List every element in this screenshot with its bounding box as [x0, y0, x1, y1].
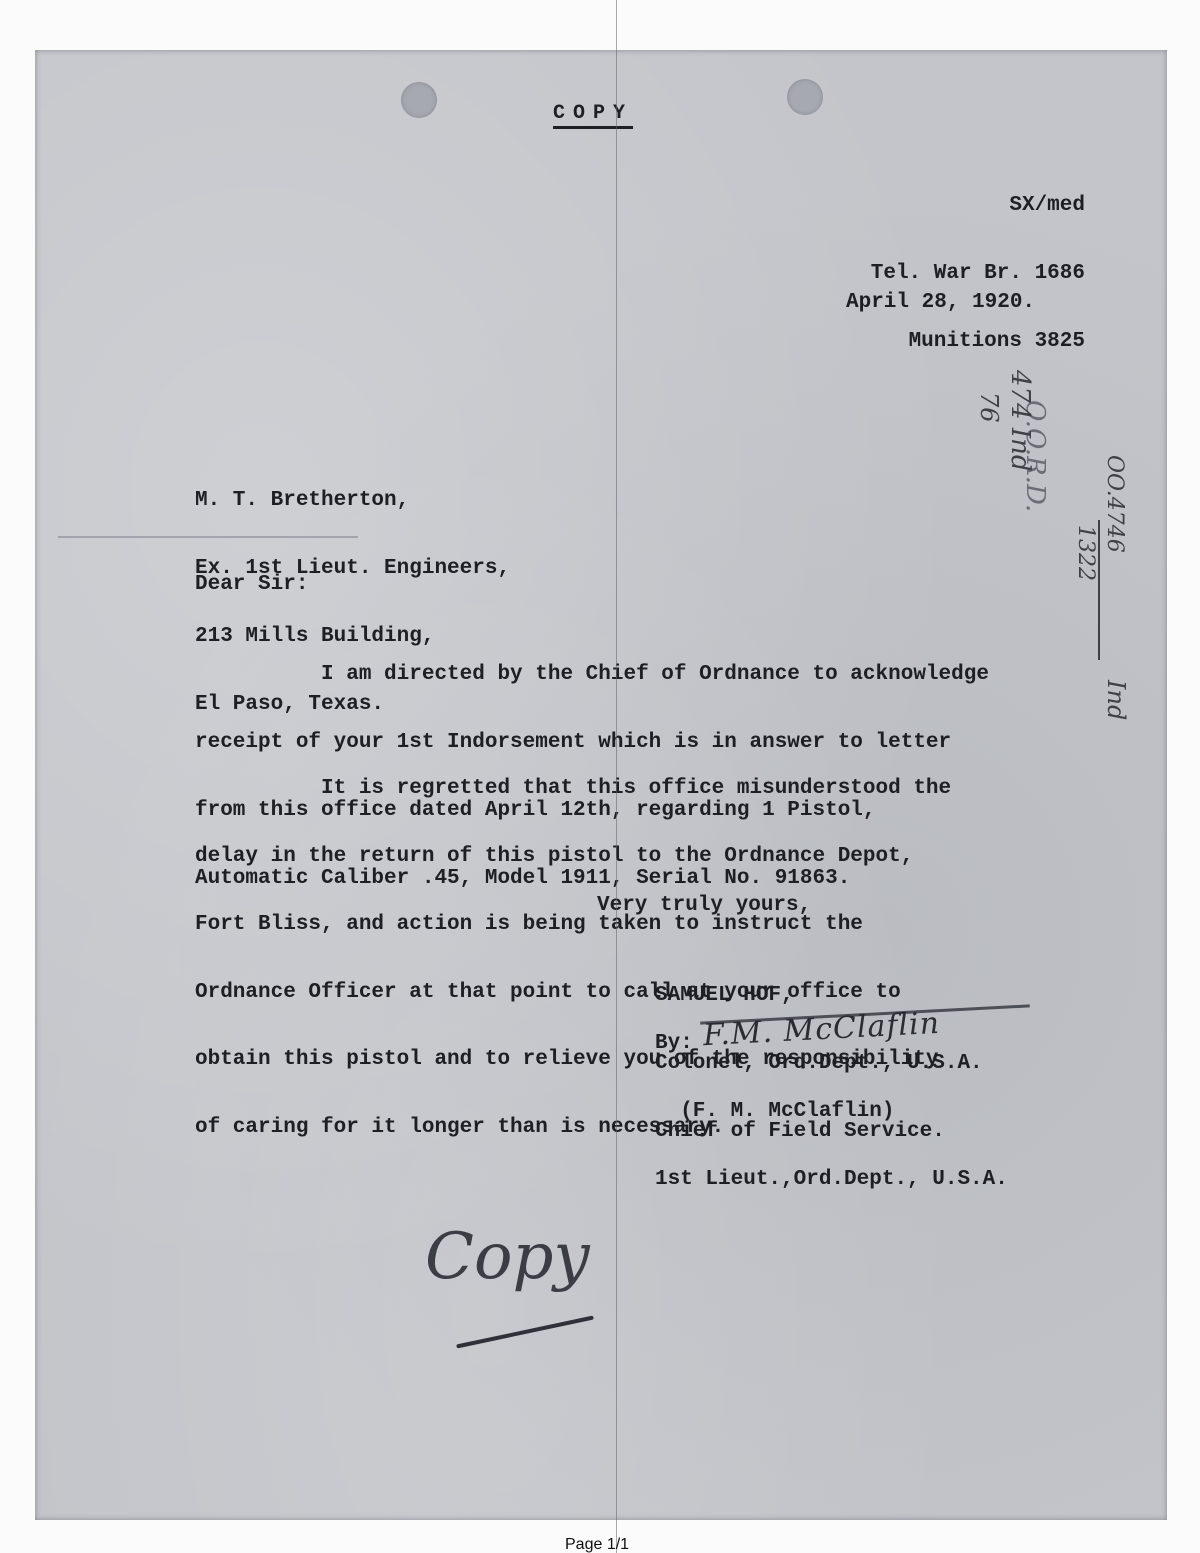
page-indicator: Page 1/1	[565, 1536, 629, 1553]
salutation: Dear Sir:	[195, 574, 308, 597]
closing: Very truly yours,	[597, 895, 811, 918]
annotation-ref-top: OO.4746	[1102, 455, 1127, 553]
annotation-ind-mark: Ind	[1102, 680, 1130, 720]
reference-line: Munitions 3825	[871, 331, 1085, 354]
by-label: By:	[655, 1033, 693, 1056]
reference-line: Tel. War Br. 1686	[871, 263, 1085, 286]
letter-date: April 28, 1920.	[846, 292, 1035, 315]
reference-line: SX/med	[871, 195, 1085, 218]
annotation-fraction-line	[1098, 520, 1100, 660]
paragraph-line: Fort Bliss, and action is being taken to…	[195, 914, 951, 937]
address-line: M. T. Bretherton,	[195, 490, 510, 513]
annotation-number: 76	[975, 392, 1003, 423]
signer-line: 1st Lieut.,Ord.Dept., U.S.A.	[655, 1169, 1008, 1192]
signer-block: (F. M. McClaflin) 1st Lieut.,Ord.Dept., …	[655, 1056, 1008, 1214]
paragraph-line: It is regretted that this office misunde…	[195, 778, 951, 801]
paragraph-line: delay in the return of this pistol to th…	[195, 846, 951, 869]
reference-block: SX/med Tel. War Br. 1686 Munitions 3825	[871, 150, 1085, 376]
punch-hole-right	[787, 79, 823, 115]
handwritten-copy-mark: Copy	[425, 1220, 590, 1294]
paragraph-line: I am directed by the Chief of Ordnance t…	[195, 664, 989, 687]
fold-line	[616, 0, 617, 1553]
punch-hole-left	[401, 82, 437, 118]
signer-line: (F. M. McClaflin)	[655, 1101, 1008, 1124]
annotation-ref-bottom: 1322	[1073, 525, 1098, 581]
copy-heading: COPY	[553, 103, 633, 129]
annotation-indorsement: 474 Ind	[1005, 370, 1035, 472]
signature-line: SAMUEL HOF,	[655, 985, 983, 1008]
